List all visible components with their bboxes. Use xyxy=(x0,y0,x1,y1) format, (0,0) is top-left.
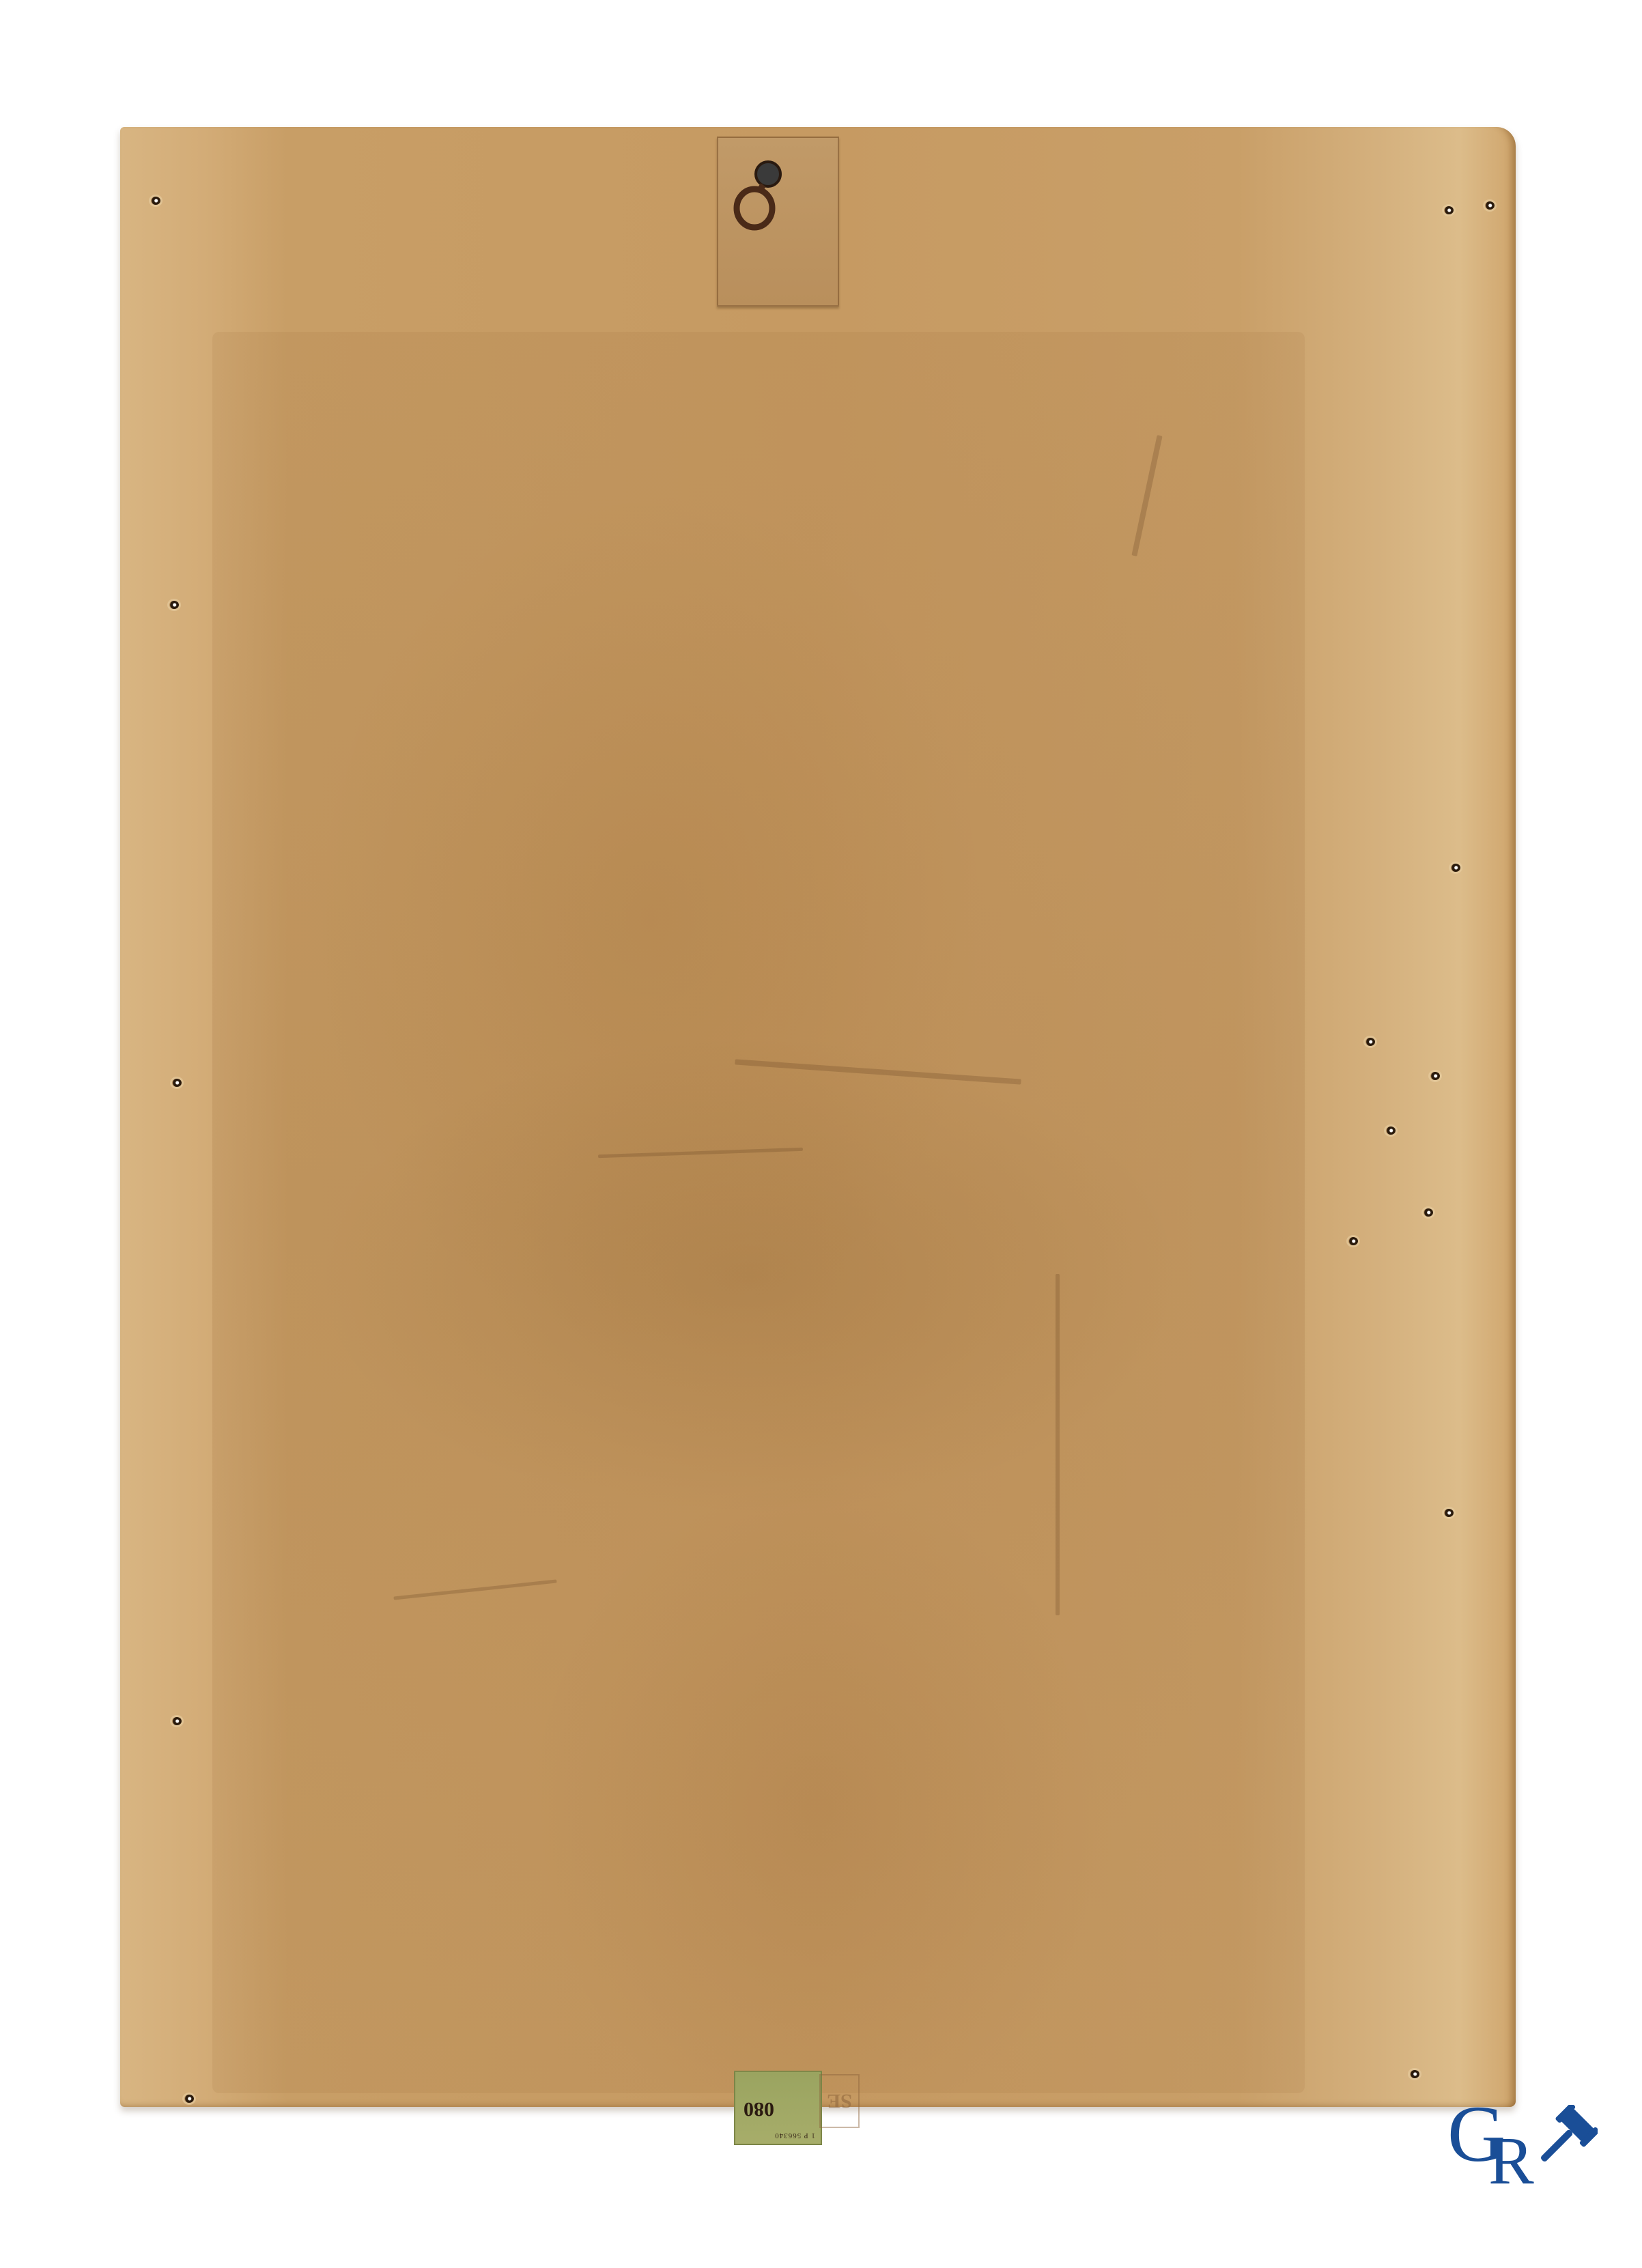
picture-outline-shadow xyxy=(212,332,1305,2093)
nail-hole xyxy=(1430,1072,1440,1080)
nail-hole xyxy=(1444,206,1454,214)
logo-letter-r: R xyxy=(1488,2127,1534,2195)
nail-hole xyxy=(1348,1237,1358,1245)
nail-hole xyxy=(1386,1126,1396,1135)
gavel-icon xyxy=(1529,2105,1598,2173)
nail-hole xyxy=(1410,2070,1419,2078)
nail-hole xyxy=(151,197,160,205)
tax-stamp-value: 080 xyxy=(744,2097,774,2121)
nail-hole xyxy=(1485,201,1495,210)
nail-hole xyxy=(1444,1509,1454,1517)
faded-ink-stamp: SE xyxy=(819,2074,860,2128)
nail-hole xyxy=(1365,1038,1375,1046)
nail-hole xyxy=(1424,1208,1433,1217)
cardboard-backing-board xyxy=(120,127,1516,2107)
hanging-hook-icon xyxy=(731,147,792,236)
tax-stamp-serial: 1 P 566340 xyxy=(774,2131,815,2140)
gr-auction-logo: G R xyxy=(1441,2099,1604,2209)
nail-hole xyxy=(1451,864,1460,872)
tax-stamp: 1 P 566340 080 xyxy=(734,2071,822,2145)
scuff-mark xyxy=(1056,1274,1060,1615)
nail-hole xyxy=(172,1717,182,1725)
nail-hole xyxy=(172,1079,182,1087)
nail-hole xyxy=(169,601,179,609)
nail-hole xyxy=(184,2095,194,2103)
